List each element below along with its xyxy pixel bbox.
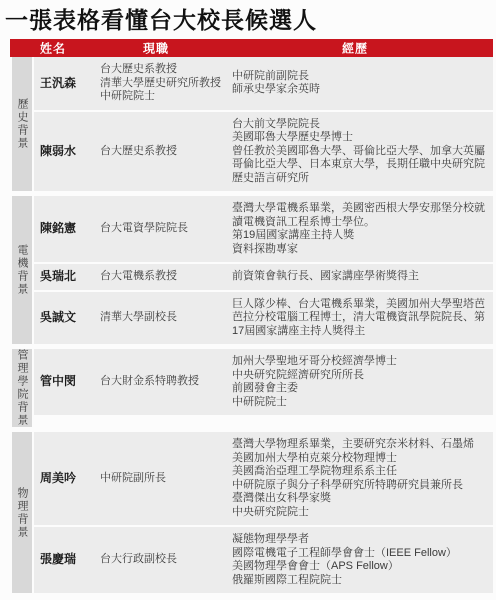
- position-line: 台大歷史系教授: [100, 63, 224, 77]
- group-label: 歷史背景: [12, 57, 32, 191]
- experience-line: 資料探勘專家: [232, 243, 485, 257]
- experience-line: 臺灣傑出女科學家獎: [232, 492, 485, 506]
- table-row: 王汎森台大歷史系教授清華大學歷史研究所教授中研院院士中研院前副院長師承史學家余英…: [34, 57, 493, 110]
- current-position: 台大電機系教授: [98, 270, 228, 284]
- experience-line: 曾任教於美國耶魯大學、哥倫比亞大學、加拿大英屬哥倫比亞大學、日本東京大學，長期任…: [232, 145, 485, 186]
- table-row: 陳銘憲台大電資學院院長臺灣大學電機系畢業，美國密西根大學安那堡分校就讀電機資訊工…: [34, 196, 493, 262]
- table-group: 歷史背景王汎森台大歷史系教授清華大學歷史研究所教授中研院院士中研院前副院長師承史…: [10, 57, 493, 191]
- candidate-name: 王汎森: [34, 77, 98, 91]
- experience-line: 臺灣大學物理系畢業，主要研究奈米材料、石墨烯: [232, 438, 485, 452]
- column-header-name: 姓名: [40, 40, 66, 57]
- experience-line: 美國物理學會會士（APS Fellow）: [232, 560, 485, 574]
- candidate-name: 陳銘憲: [34, 222, 98, 236]
- current-position: 台大財金系特聘教授: [98, 375, 228, 389]
- column-header-position: 現職: [143, 40, 169, 57]
- current-position: 中研院副所長: [98, 472, 228, 486]
- position-line: 台大歷史系教授: [100, 145, 224, 159]
- table-row: 張慶瑞台大行政副校長凝態物理學學者國際電機電子工程師學會會士（IEEE Fell…: [34, 527, 493, 593]
- group-rows: 陳銘憲台大電資學院院長臺灣大學電機系畢業，美國密西根大學安那堡分校就讀電機資訊工…: [34, 196, 493, 344]
- experience: 台大前文學院院長美國耶魯大學歷史學博士曾任教於美國耶魯大學、哥倫比亞大學、加拿大…: [228, 118, 493, 186]
- position-line: 台大行政副校長: [100, 553, 224, 567]
- candidate-name: 周美吟: [34, 472, 98, 486]
- position-line: 清華大學副校長: [100, 311, 224, 325]
- table-row: 管中閔台大財金系特聘教授加州大學聖地牙哥分校經濟學博士中央研究院經濟研究所所長前…: [34, 349, 493, 415]
- experience-line: 凝態物理學學者: [232, 533, 485, 547]
- candidate-name: 吳誠文: [34, 311, 98, 325]
- candidate-name: 陳弱水: [34, 145, 98, 159]
- experience-line: 前國發會主委: [232, 382, 485, 396]
- table-group: 電機背景陳銘憲台大電資學院院長臺灣大學電機系畢業，美國密西根大學安那堡分校就讀電…: [10, 196, 493, 344]
- experience-line: 中央研究院經濟研究所所長: [232, 369, 485, 383]
- position-line: 台大電機系教授: [100, 270, 224, 284]
- experience-line: 加州大學聖地牙哥分校經濟學博士: [232, 355, 485, 369]
- experience-line: 中央研究院院士: [232, 506, 485, 520]
- candidate-name: 管中閔: [34, 375, 98, 389]
- candidate-name: 張慶瑞: [34, 553, 98, 567]
- table-row: 陳弱水台大歷史系教授台大前文學院院長美國耶魯大學歷史學博士曾任教於美國耶魯大學、…: [34, 112, 493, 192]
- table-row: 吳誠文清華大學副校長巨人隊少棒、台大電機系畢業，美國加州大學聖塔芭芭拉分校電腦工…: [34, 292, 493, 345]
- experience: 凝態物理學學者國際電機電子工程師學會會士（IEEE Fellow）美國物理學會會…: [228, 533, 493, 587]
- table-row: 周美吟中研院副所長臺灣大學物理系畢業，主要研究奈米材料、石墨烯美國加州大學柏克萊…: [34, 432, 493, 525]
- group-label: 管理學院背景: [12, 349, 32, 427]
- experience-line: 美國加州大學柏克萊分校物理博士: [232, 452, 485, 466]
- experience: 巨人隊少棒、台大電機系畢業，美國加州大學聖塔芭芭拉分校電腦工程博士，清大電機資訊…: [228, 298, 493, 339]
- experience-line: 師承史學家余英時: [232, 83, 485, 97]
- current-position: 台大歷史系教授: [98, 145, 228, 159]
- group-label: 電機背景: [12, 196, 32, 344]
- position-line: 中研院副所長: [100, 472, 224, 486]
- position-line: 台大電資學院院長: [100, 222, 224, 236]
- page-title: 一張表格看懂台大校長候選人: [0, 0, 496, 39]
- table-header-bar: 姓名 現職 經歷: [10, 39, 493, 57]
- table-row: 吳瑞北台大電機系教授前資策會執行長、國家講座學術獎得主: [34, 264, 493, 290]
- experience-line: 臺灣大學電機系畢業，美國密西根大學安那堡分校就讀電機資訊工程系博士學位。: [232, 202, 485, 229]
- current-position: 台大電資學院院長: [98, 222, 228, 236]
- position-line: 台大財金系特聘教授: [100, 375, 224, 389]
- experience-line: 美國耶魯大學歷史學博士: [232, 131, 485, 145]
- experience-line: 中研院原子與分子科學研究所特聘研究員兼所長: [232, 479, 485, 493]
- experience: 臺灣大學電機系畢業，美國密西根大學安那堡分校就讀電機資訊工程系博士學位。第19屆…: [228, 202, 493, 256]
- experience-line: 中研院院士: [232, 396, 485, 410]
- group-rows: 周美吟中研院副所長臺灣大學物理系畢業，主要研究奈米材料、石墨烯美國加州大學柏克萊…: [34, 432, 493, 593]
- group-label: 物理背景: [12, 432, 32, 593]
- current-position: 台大歷史系教授清華大學歷史研究所教授中研院院士: [98, 63, 228, 104]
- position-line: 中研院院士: [100, 90, 224, 104]
- experience-line: 巨人隊少棒、台大電機系畢業，美國加州大學聖塔芭芭拉分校電腦工程博士，清大電機資訊…: [232, 298, 485, 339]
- experience-line: 俄羅斯國際工程院院士: [232, 574, 485, 588]
- experience-line: 第19屆國家講座主持人獎: [232, 229, 485, 243]
- experience: 加州大學聖地牙哥分校經濟學博士中央研究院經濟研究所所長前國發會主委中研院院士: [228, 355, 493, 409]
- experience-line: 美國喬治亞理工學院物理系系主任: [232, 465, 485, 479]
- experience: 中研院前副院長師承史學家余英時: [228, 70, 493, 97]
- experience-line: 國際電機電子工程師學會會士（IEEE Fellow）: [232, 547, 485, 561]
- candidate-name: 吳瑞北: [34, 270, 98, 284]
- table-group: 管理學院背景管中閔台大財金系特聘教授加州大學聖地牙哥分校經濟學博士中央研究院經濟…: [10, 349, 493, 427]
- experience-line: 台大前文學院院長: [232, 118, 485, 132]
- table-body: 歷史背景王汎森台大歷史系教授清華大學歷史研究所教授中研院院士中研院前副院長師承史…: [10, 57, 493, 593]
- experience: 前資策會執行長、國家講座學術獎得主: [228, 270, 493, 284]
- group-rows: 王汎森台大歷史系教授清華大學歷史研究所教授中研院院士中研院前副院長師承史學家余英…: [34, 57, 493, 191]
- experience-line: 中研院前副院長: [232, 70, 485, 84]
- infographic-page: 一張表格看懂台大校長候選人 姓名 現職 經歷 歷史背景王汎森台大歷史系教授清華大…: [0, 0, 496, 600]
- position-line: 清華大學歷史研究所教授: [100, 77, 224, 91]
- group-rows: 管中閔台大財金系特聘教授加州大學聖地牙哥分校經濟學博士中央研究院經濟研究所所長前…: [34, 349, 493, 427]
- table-group: 物理背景周美吟中研院副所長臺灣大學物理系畢業，主要研究奈米材料、石墨烯美國加州大…: [10, 432, 493, 593]
- column-header-experience: 經歷: [342, 40, 368, 57]
- current-position: 台大行政副校長: [98, 553, 228, 567]
- experience: 臺灣大學物理系畢業，主要研究奈米材料、石墨烯美國加州大學柏克萊分校物理博士美國喬…: [228, 438, 493, 519]
- current-position: 清華大學副校長: [98, 311, 228, 325]
- experience-line: 前資策會執行長、國家講座學術獎得主: [232, 270, 485, 284]
